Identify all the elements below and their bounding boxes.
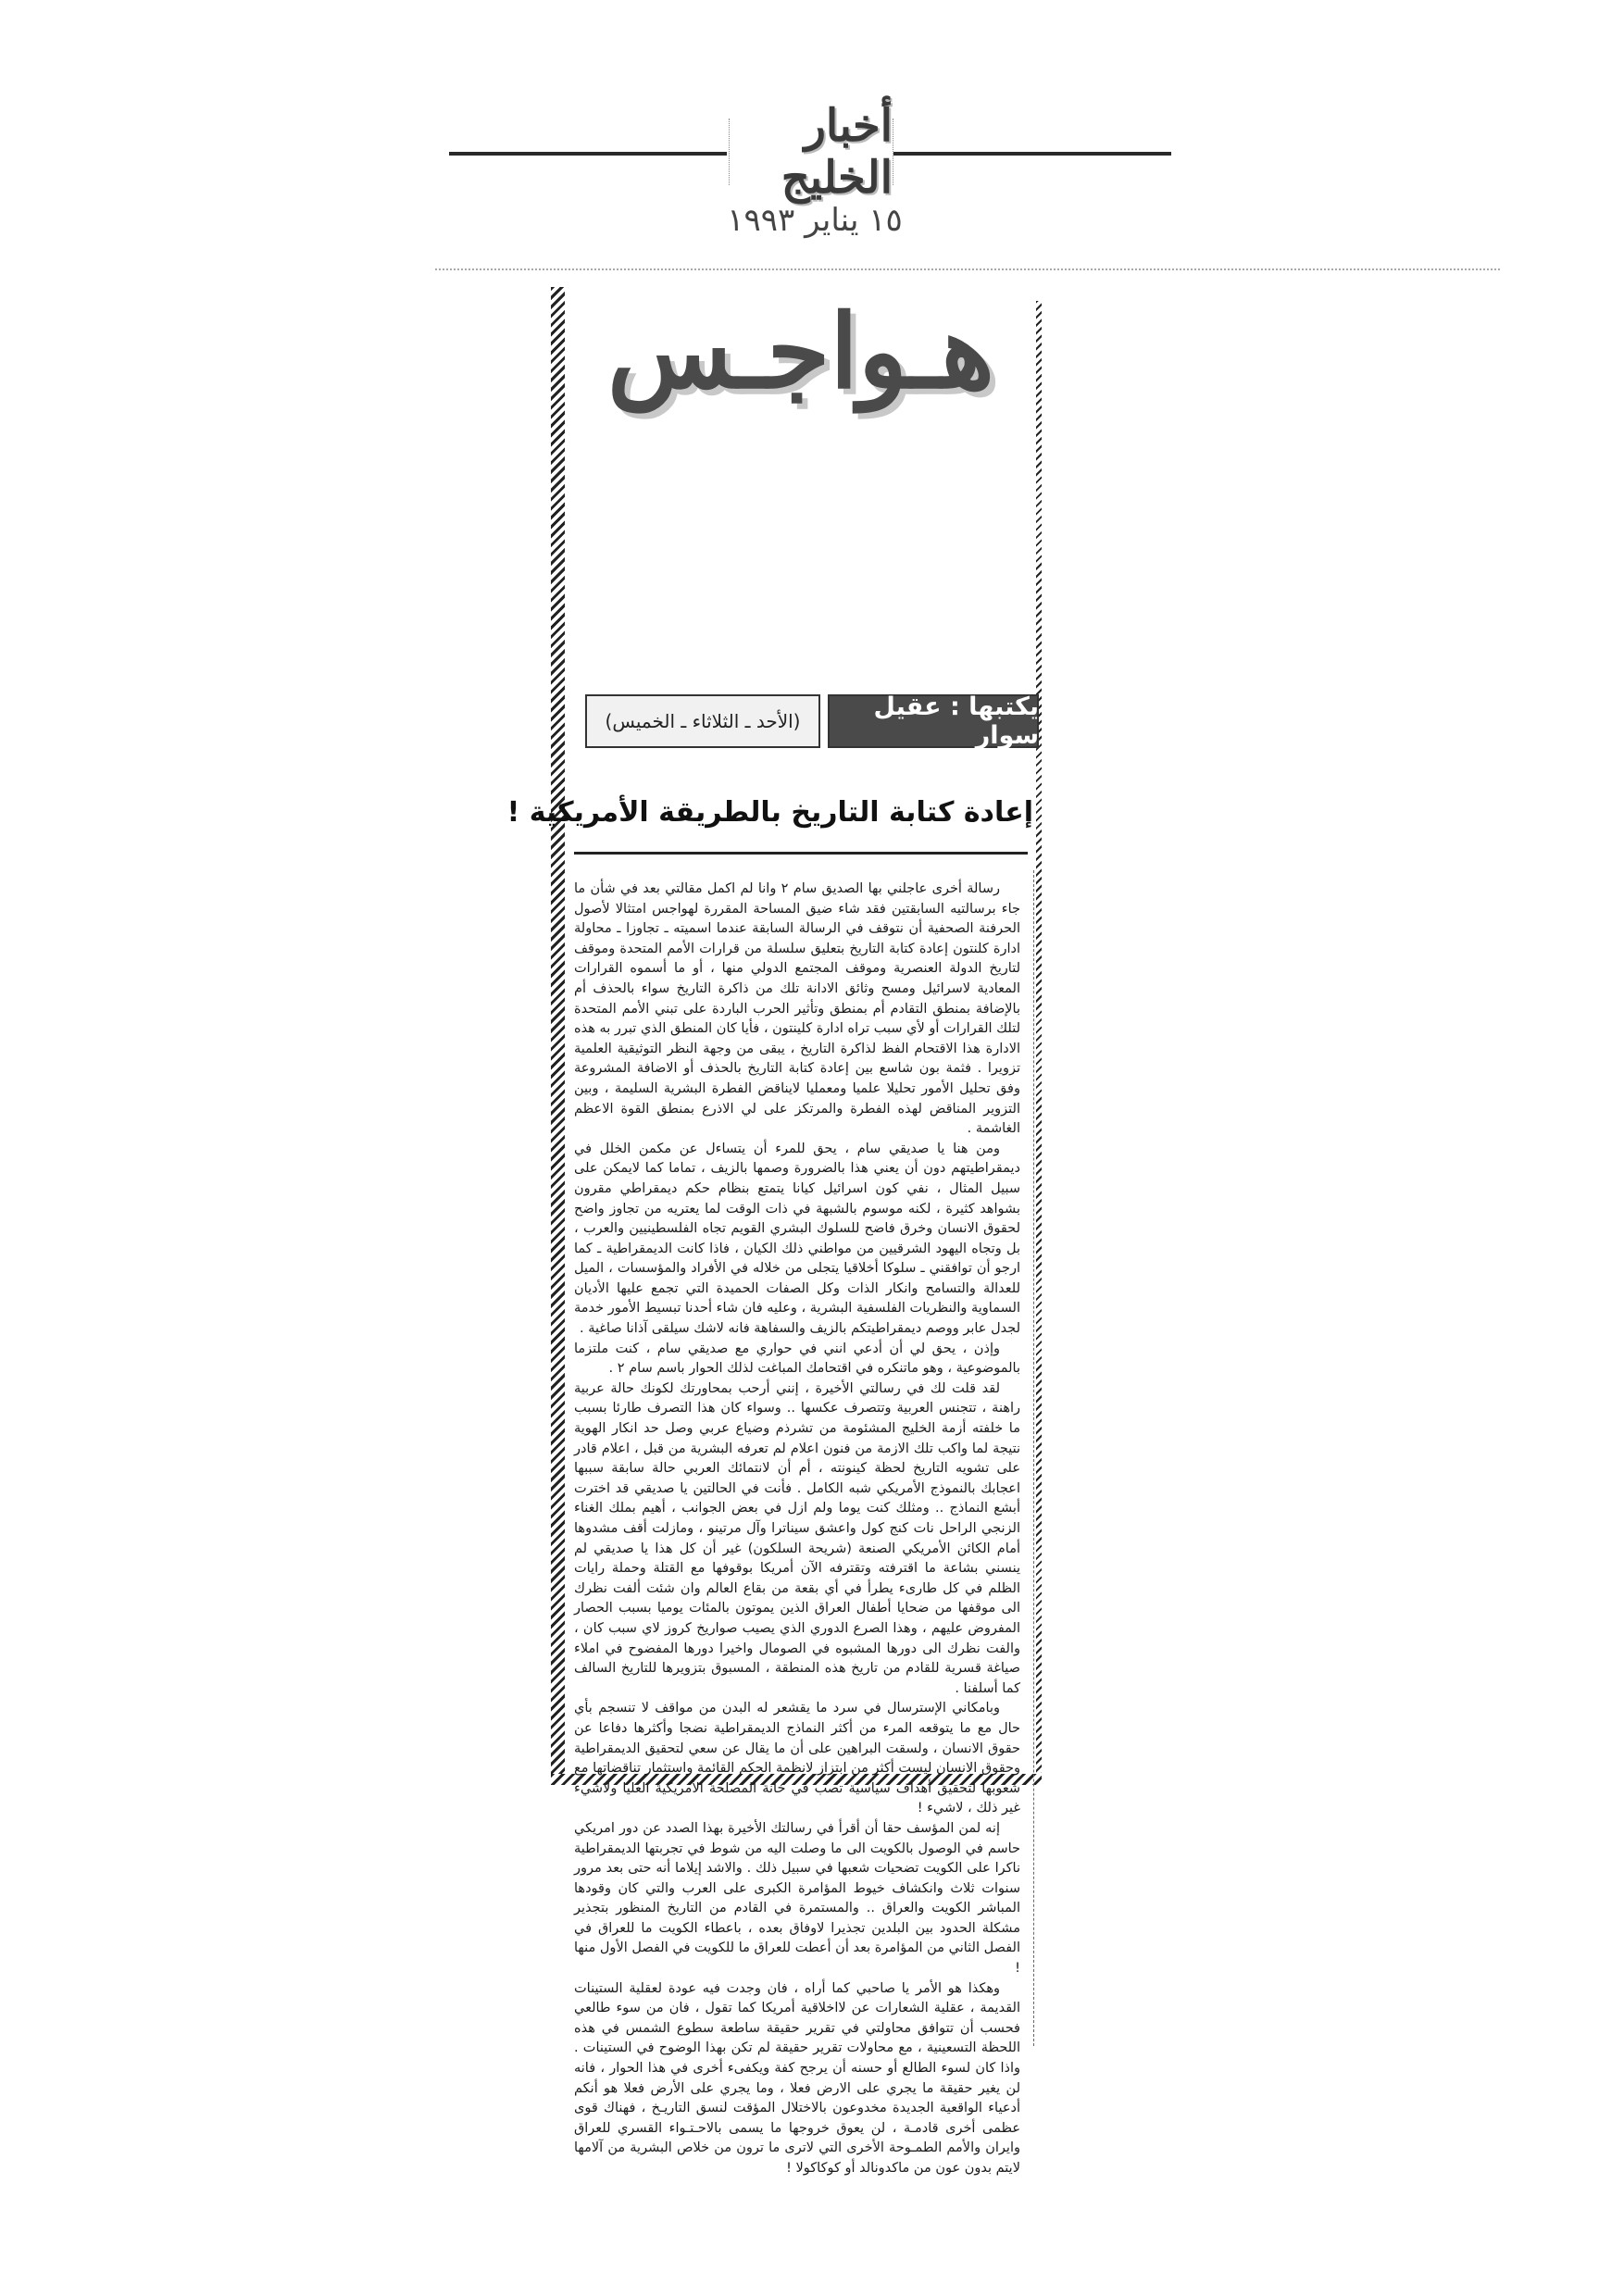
article-paragraph: إنه لمن المؤسف حقا أن أقرأ في رسالتك الأ…: [574, 1819, 1020, 1979]
byline-row: يكتبها : عقيل سوار (الأحد ـ الثلاثاء ـ ا…: [585, 694, 1039, 748]
column-title: هـواجـس: [574, 296, 1028, 407]
article-paragraph: وإذن ، يحق لي أن أدعي انني في حواري مع ص…: [574, 1340, 1020, 1379]
headline-underline: [574, 852, 1028, 855]
body-dashed-rule: [1033, 870, 1034, 2046]
newspaper-logo: أخبار الخليج: [730, 100, 893, 204]
clipping-separator: [435, 268, 1500, 270]
masthead-rule-right: [893, 152, 1171, 156]
column-frame: هـواجـس يكتبها : عقيل سوار (الأحد ـ الثل…: [546, 278, 1042, 1785]
article-paragraph: رسالة أخرى عاجلني بها الصديق سام ٢ وانا …: [574, 880, 1020, 1140]
masthead-rule-left: [449, 152, 727, 156]
article-body: رسالة أخرى عاجلني بها الصديق سام ٢ وانا …: [574, 880, 1020, 2179]
hatched-border-left: [551, 287, 565, 1778]
article-headline: إعادة كتابة التاريخ بالطريقة الأمريكية !: [581, 796, 1033, 829]
publication-days: (الأحد ـ الثلاثاء ـ الخميس): [585, 694, 820, 748]
handwritten-date: ١٥ يناير ١٩٩٣: [648, 202, 981, 239]
article-paragraph: لقد قلت لك في رسالتي الأخيرة ، إنني أرحب…: [574, 1379, 1020, 1700]
byline-author: يكتبها : عقيل سوار: [828, 694, 1039, 748]
article-paragraph: ومن هنا يا صديقي سام ، يحق للمرء أن يتسا…: [574, 1140, 1020, 1340]
newspaper-logo-box: أخبار الخليج: [729, 119, 893, 185]
hatched-border-right: [1036, 301, 1042, 1773]
article-paragraph: وهكذا هو الأمر يا صاحبي كما أراه ، فان و…: [574, 1979, 1020, 2179]
article-paragraph: وبامكاني الإسترسال في سرد ما يقشعر له ال…: [574, 1699, 1020, 1819]
newspaper-masthead: أخبار الخليج: [449, 119, 1171, 185]
